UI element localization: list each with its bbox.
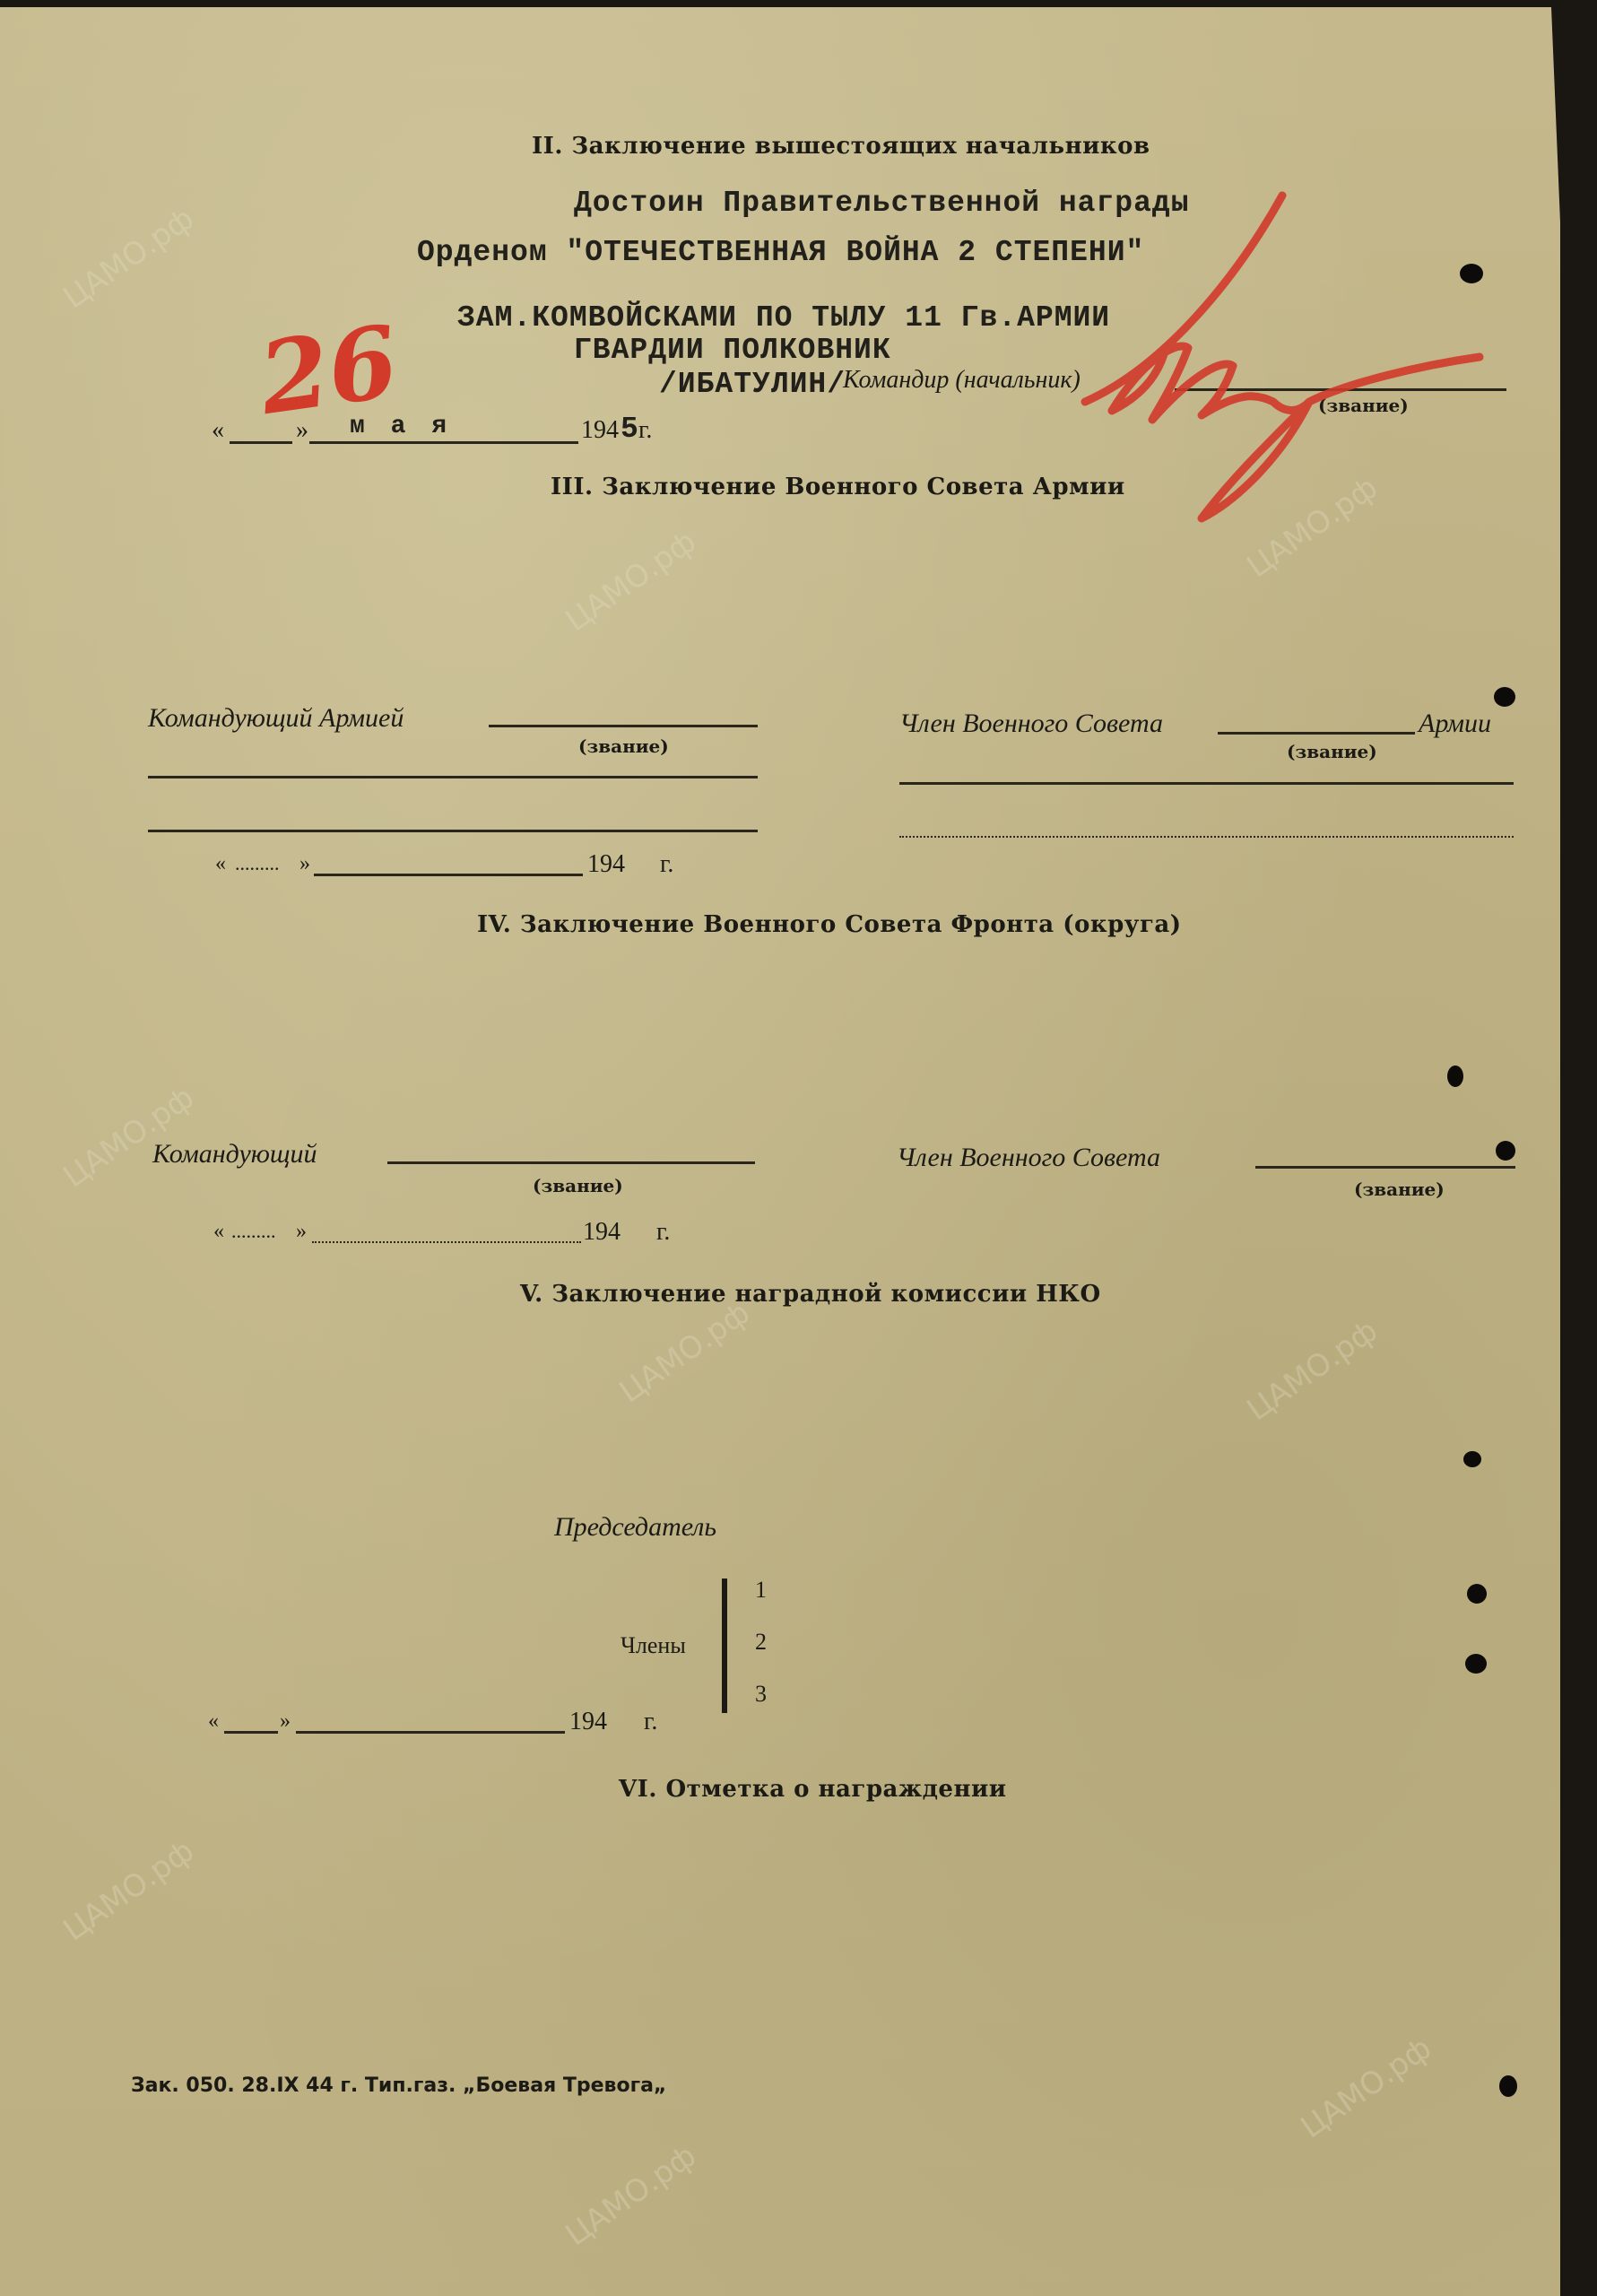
army-commander-rank-caption: (звание) bbox=[578, 735, 669, 757]
section4-date-open: « bbox=[213, 1220, 224, 1244]
binding-hole bbox=[1467, 1584, 1487, 1604]
section3-date-month-line bbox=[314, 874, 583, 876]
section3-date-year: 194 bbox=[587, 850, 625, 879]
typed-rank-line: ГВАРДИИ ПОЛКОВНИК bbox=[574, 334, 891, 367]
binding-hole bbox=[1499, 2075, 1517, 2097]
section5-date-year-g: г. bbox=[644, 1708, 657, 1736]
section4-date-close: » bbox=[296, 1220, 307, 1244]
date-day-line bbox=[230, 441, 292, 444]
printer-imprint: Зак. 050. 28.IX 44 г. Тип.газ. „Боевая Т… bbox=[131, 2074, 666, 2097]
front-council-member-rank-line bbox=[1255, 1166, 1515, 1169]
section3-date-close: » bbox=[299, 852, 310, 876]
typed-name-line: /ИБАТУЛИН/ bbox=[659, 368, 846, 401]
section3-heading: III. Заключение Военного Совета Армии bbox=[551, 474, 1125, 500]
binding-hole bbox=[1465, 1654, 1487, 1674]
army-commander-name-line-1 bbox=[148, 776, 758, 778]
section5-date-day-line bbox=[224, 1731, 278, 1734]
chairman-label: Председатель bbox=[554, 1512, 716, 1543]
army-council-member-label: Член Военного Совета bbox=[899, 709, 1163, 739]
member-number-2: 2 bbox=[755, 1629, 767, 1656]
section5-date-open: « bbox=[208, 1709, 219, 1734]
front-council-member-rank-caption: (звание) bbox=[1354, 1178, 1445, 1200]
watermark: ЦАМО.рф bbox=[57, 201, 201, 317]
army-commander-label: Командующий Армией bbox=[148, 703, 404, 734]
army-council-member-rank-line bbox=[1218, 732, 1415, 735]
front-commander-rank-line bbox=[387, 1161, 755, 1164]
section5-heading: V. Заключение наградной комиссии НКО bbox=[520, 1281, 1101, 1308]
front-commander-label: Командующий bbox=[152, 1139, 317, 1170]
army-council-member-suffix: Армии bbox=[1419, 709, 1491, 739]
watermark: ЦАМО.рф bbox=[560, 524, 703, 639]
member-number-3: 3 bbox=[755, 1681, 767, 1708]
watermark: ЦАМО.рф bbox=[1295, 2031, 1438, 2146]
army-commander-rank-line bbox=[489, 725, 758, 727]
date-month-line bbox=[309, 441, 578, 444]
section3-date-year-g: г. bbox=[660, 850, 673, 879]
binding-hole bbox=[1494, 687, 1515, 707]
front-council-member-label: Член Военного Совета bbox=[897, 1143, 1160, 1173]
members-bracket bbox=[722, 1578, 727, 1713]
front-commander-rank-caption: (звание) bbox=[533, 1175, 623, 1196]
members-label: Члены bbox=[621, 1632, 686, 1659]
date-year-suffix: 5 bbox=[621, 413, 639, 446]
watermark: ЦАМО.рф bbox=[57, 1080, 201, 1196]
section4-date-year: 194 bbox=[583, 1218, 621, 1247]
section2-heading: II. Заключение вышестоящих начальников bbox=[532, 133, 1150, 160]
date-open-quote: « bbox=[212, 416, 224, 445]
watermark: ЦАМО.рф bbox=[560, 2138, 703, 2254]
section3-date-dots: ......... bbox=[235, 852, 280, 875]
typed-position-line: ЗАМ.КОМВОЙСКАМИ ПО ТЫЛУ 11 Гв.АРМИИ bbox=[457, 301, 1110, 335]
binding-hole bbox=[1463, 1451, 1481, 1467]
section4-heading: IV. Заключение Военного Совета Фронта (о… bbox=[477, 911, 1182, 938]
section6-heading: VI. Отметка о награждении bbox=[619, 1776, 1007, 1803]
date-year-g: г. bbox=[638, 416, 652, 445]
handwritten-day: 26 bbox=[253, 303, 405, 437]
commander-label: Командир (начальник) bbox=[843, 366, 1081, 395]
watermark: ЦАМО.рф bbox=[1241, 1313, 1384, 1429]
binding-hole bbox=[1496, 1141, 1515, 1161]
army-council-member-name-line-2 bbox=[899, 836, 1514, 838]
section5-date-month-line bbox=[296, 1731, 565, 1734]
section5-date-year: 194 bbox=[569, 1708, 607, 1736]
army-council-member-name-line-1 bbox=[899, 782, 1514, 785]
section4-date-dots: ......... bbox=[231, 1220, 276, 1243]
watermark: ЦАМО.рф bbox=[613, 1295, 757, 1411]
document-page: ЦАМО.рф ЦАМО.рф ЦАМО.рф ЦАМО.рф ЦАМО.рф … bbox=[0, 7, 1560, 2296]
watermark: ЦАМО.рф bbox=[57, 1833, 201, 1949]
member-number-1: 1 bbox=[755, 1577, 767, 1604]
date-year-prefix: 194 bbox=[581, 416, 619, 445]
section3-date-open: « bbox=[215, 852, 226, 876]
army-commander-name-line-2 bbox=[148, 830, 758, 832]
binding-hole bbox=[1460, 264, 1483, 283]
section5-date-close: » bbox=[280, 1709, 291, 1734]
typed-award-line2: Орденом "ОТЕЧЕСТВЕННАЯ ВОЙНА 2 СТЕПЕНИ" bbox=[417, 236, 1144, 269]
army-council-member-rank-caption: (звание) bbox=[1287, 741, 1377, 762]
binding-hole bbox=[1447, 1065, 1463, 1087]
section4-date-month-line bbox=[312, 1241, 581, 1243]
section4-date-year-g: г. bbox=[656, 1218, 670, 1247]
